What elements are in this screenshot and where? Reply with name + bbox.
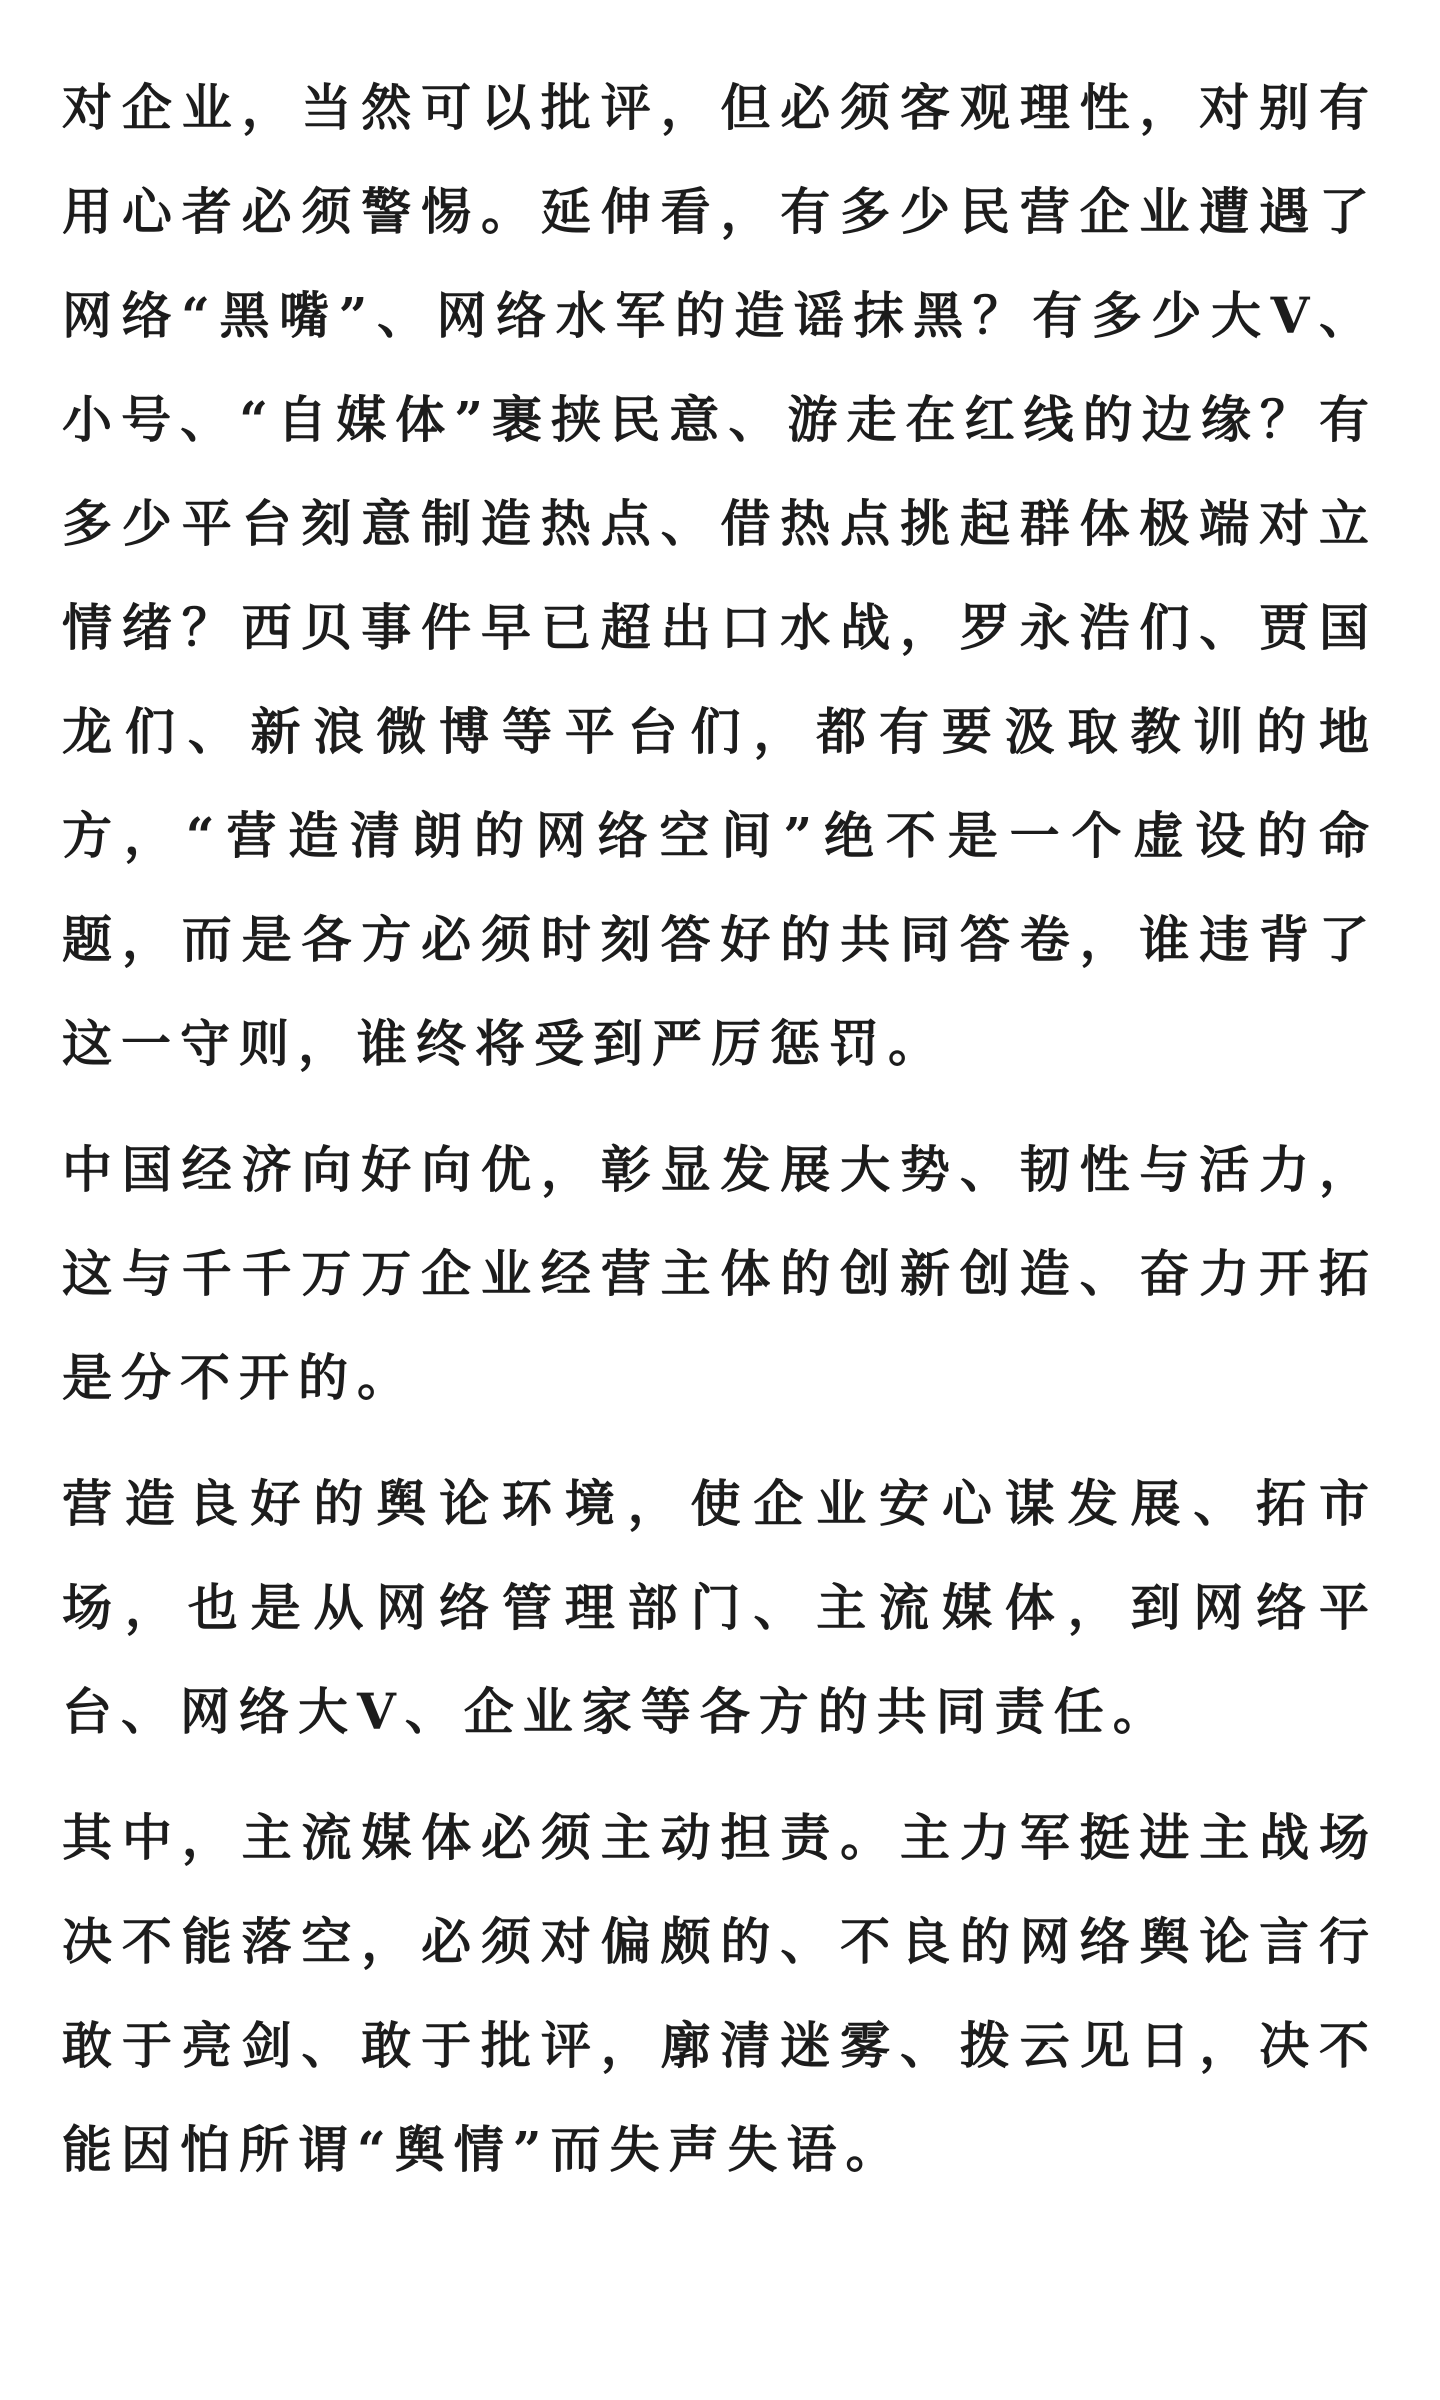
- paragraph-1: 对企业，当然可以批评，但必须客观理性，对别有用心者必须警惕。延伸看，有多少民营企…: [62, 56, 1378, 1096]
- article-body: 对企业，当然可以批评，但必须客观理性，对别有用心者必须警惕。延伸看，有多少民营企…: [62, 56, 1378, 2202]
- paragraph-2: 中国经济向好向优，彰显发展大势、韧性与活力，这与千千万万企业经营主体的创新创造、…: [62, 1118, 1378, 1430]
- paragraph-4: 其中，主流媒体必须主动担责。主力军挺进主战场决不能落空，必须对偏颇的、不良的网络…: [62, 1786, 1378, 2202]
- paragraph-3: 营造良好的舆论环境，使企业安心谋发展、拓市场，也是从网络管理部门、主流媒体，到网…: [62, 1452, 1378, 1764]
- document-page: 对企业，当然可以批评，但必须客观理性，对别有用心者必须警惕。延伸看，有多少民营企…: [0, 0, 1440, 2400]
